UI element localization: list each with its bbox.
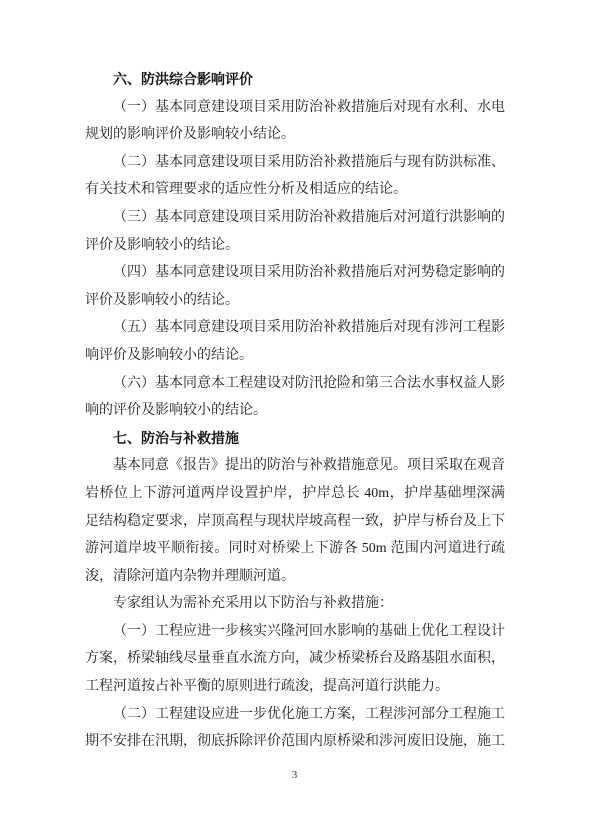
paragraph: 基本同意《报告》提出的防治与补救措施意见。项目采取在观音岩桥位上下游河道两岸设置…	[85, 452, 505, 590]
paragraph: （五）基本同意建设项目采用防治补救措施后对现有涉河工程影响评价及影响较小的结论。	[85, 314, 505, 369]
document-body: 六、防洪综合影响评价 （一）基本同意建设项目采用防治补救措施后对现有水利、水电规…	[85, 66, 505, 756]
paragraph: （三）基本同意建设项目采用防治补救措施后对河道行洪影响的评价及影响较小的结论。	[85, 204, 505, 259]
document-page: 六、防洪综合影响评价 （一）基本同意建设项目采用防治补救措施后对现有水利、水电规…	[0, 0, 589, 833]
paragraph: （一）基本同意建设项目采用防治补救措施后对现有水利、水电规划的影响评价及影响较小…	[85, 94, 505, 149]
paragraph: （二）基本同意建设项目采用防治补救措施后与现有防洪标准、有关技术和管理要求的适应…	[85, 149, 505, 204]
section-heading-remedial-measures: 七、防治与补救措施	[85, 425, 505, 453]
paragraph: 专家组认为需补充采用以下防治与补救措施：	[85, 590, 505, 618]
paragraph: （二）工程建设应进一步优化施工方案，工程涉河部分工程施工期不安排在汛期，彻底拆除…	[85, 701, 505, 756]
section-heading-flood-impact-evaluation: 六、防洪综合影响评价	[85, 66, 505, 94]
paragraph: （六）基本同意本工程建设对防汛抢险和第三合法水事权益人影响的评价及影响较小的结论…	[85, 370, 505, 425]
page-number: 3	[0, 769, 589, 782]
paragraph: （四）基本同意建设项目采用防治补救措施后对河势稳定影响的评价及影响较小的结论。	[85, 259, 505, 314]
paragraph: （一）工程应进一步核实兴隆河回水影响的基础上优化工程设计方案，桥梁轴线尽量垂直水…	[85, 618, 505, 701]
